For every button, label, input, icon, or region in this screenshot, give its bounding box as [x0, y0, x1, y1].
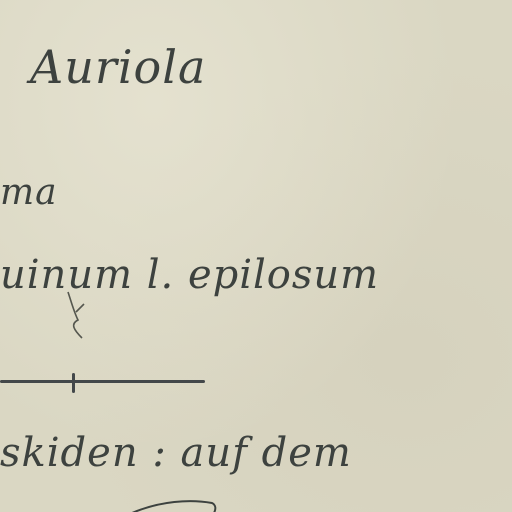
- insertion-caret-icon: [60, 290, 90, 340]
- separator-rule: [0, 380, 205, 383]
- handwritten-line-4: skiden : auf dem: [0, 430, 352, 476]
- handwritten-heading: Auriola: [30, 40, 206, 94]
- separator-rule-tick: [72, 373, 75, 393]
- handwritten-line-3: uinum l. epilosum: [0, 252, 379, 298]
- handwritten-line-2: ma: [0, 172, 58, 213]
- ink-stroke-mark: [130, 497, 220, 512]
